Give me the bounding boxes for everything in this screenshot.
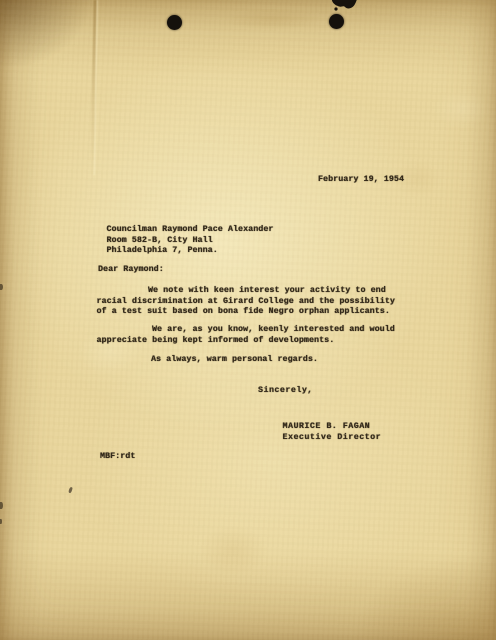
typist-initials: MBF:rdt bbox=[100, 452, 135, 463]
stray-pen-mark bbox=[68, 487, 72, 493]
body-line: We note with keen interest your activity… bbox=[148, 286, 386, 297]
body-line: appreciate being kept informed of develo… bbox=[97, 336, 335, 347]
signature-name: MAURICE B. FAGAN bbox=[283, 422, 371, 433]
paper-stains bbox=[0, 0, 496, 640]
date-line: February 19, 1954 bbox=[318, 175, 404, 186]
edge-speck bbox=[0, 502, 3, 509]
paper-crease bbox=[90, 0, 96, 175]
punch-hole-right bbox=[329, 14, 344, 29]
recipient-city: Philadelphia 7, Penna. bbox=[107, 246, 218, 257]
ink-blot bbox=[330, 0, 360, 13]
body-line: As always, warm personal regards. bbox=[151, 355, 318, 366]
closing: Sincerely, bbox=[258, 386, 313, 397]
edge-speck bbox=[0, 519, 2, 524]
body-line: of a test suit based on bona fide Negro … bbox=[97, 307, 390, 318]
body-line: racial discrimination at Girard College … bbox=[97, 297, 395, 308]
signature-title: Executive Director bbox=[283, 433, 382, 444]
recipient-name: Councilman Raymond Pace Alexander bbox=[107, 225, 274, 236]
paper-grain-texture bbox=[0, 0, 496, 640]
body-line: We are, as you know, keenly interested a… bbox=[152, 325, 395, 336]
scanned-letter-page: February 19, 1954 Councilman Raymond Pac… bbox=[0, 0, 496, 640]
recipient-room: Room 582-B, City Hall bbox=[107, 236, 213, 247]
punch-hole-left bbox=[167, 15, 182, 30]
salutation: Dear Raymond: bbox=[98, 265, 164, 276]
edge-speck bbox=[0, 284, 3, 290]
